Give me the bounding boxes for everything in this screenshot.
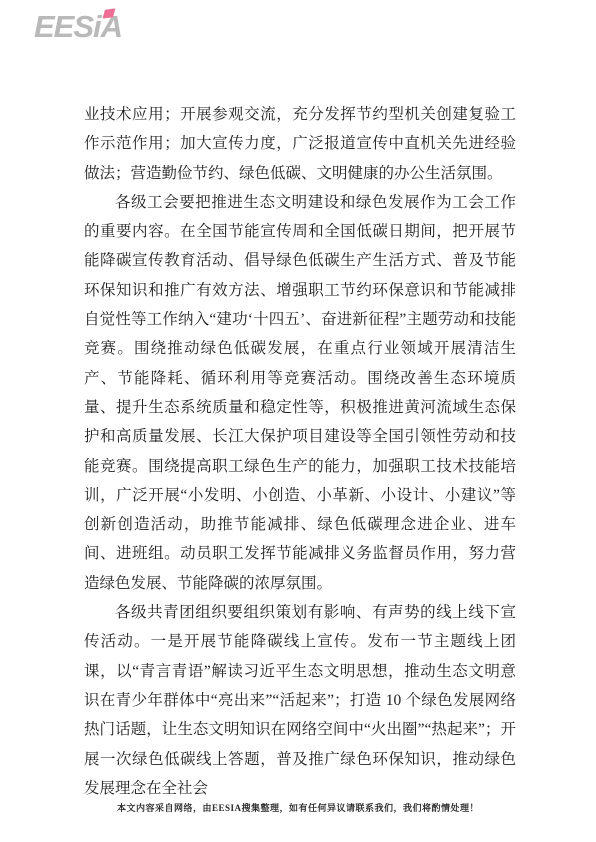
eesia-logo: EESiA bbox=[34, 6, 122, 48]
paragraph: 业技术应用；开展参观交流，充分发挥节约型机关创建复验工作示范作用；加大宣传力度，… bbox=[84, 100, 516, 188]
footer-disclaimer: 本文内容采自网络，由EESIA搜集整理，如有任何异议请联系我们，我们将酌情处理！ bbox=[0, 801, 596, 814]
document-page: EESiA 业技术应用；开展参观交流，充分发挥节约型机关创建复验工作示范作用；加… bbox=[0, 0, 596, 842]
document-body-text: 业技术应用；开展参观交流，充分发挥节约型机关创建复验工作示范作用；加大宣传力度，… bbox=[84, 100, 516, 803]
paragraph: 各级共青团组织要组织策划有影响、有声势的线上线下宣传活动。一是开展节能降碳线上宣… bbox=[84, 598, 516, 803]
paragraph: 各级工会要把推进生态文明建设和绿色发展作为工会工作的重要内容。在全国节能宣传周和… bbox=[84, 188, 516, 598]
